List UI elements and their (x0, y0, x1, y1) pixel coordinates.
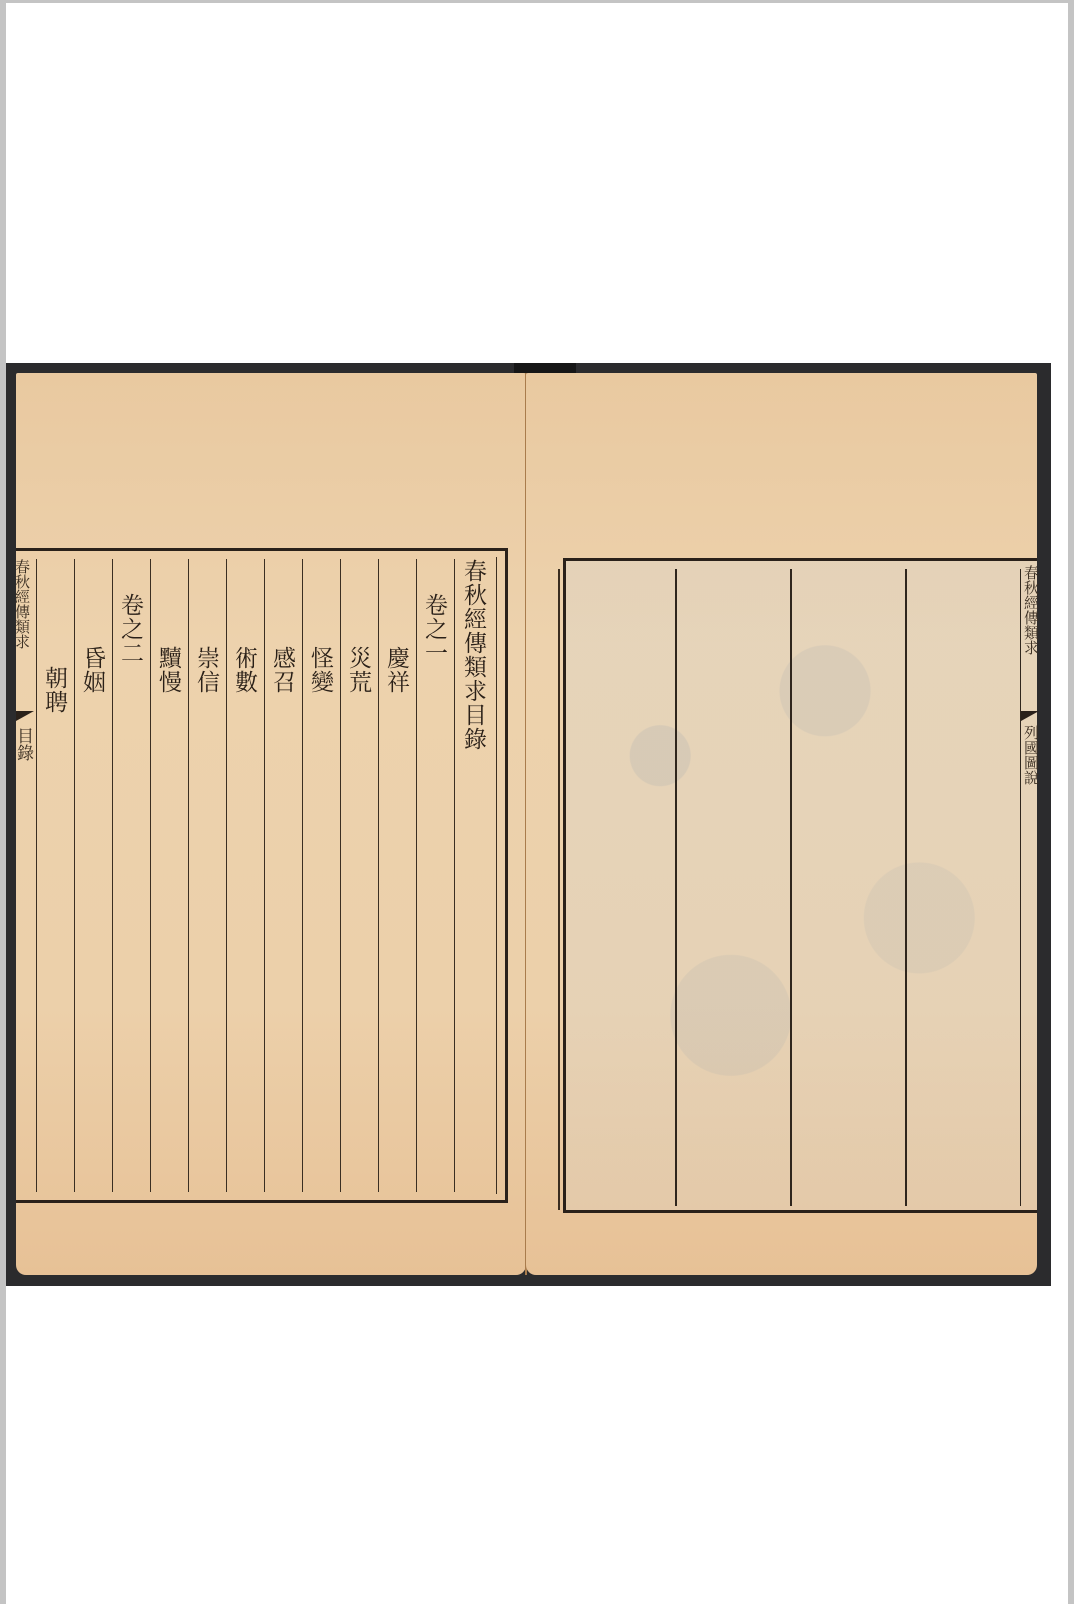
toc-item: 怪變 (308, 646, 331, 694)
right-printed-block: 春秋經傳類求 列國圖說 (563, 558, 1037, 1213)
column-rule (150, 559, 151, 1192)
column-rule (416, 559, 417, 1192)
toc-item: 朝聘 (42, 666, 65, 714)
edge-label: 目錄 (14, 727, 31, 761)
volume-heading: 卷之一 (422, 593, 445, 665)
volume-heading: 卷之二 (118, 593, 141, 665)
column-rule (1020, 569, 1021, 1206)
book-scan: 春秋經傳類求目錄 卷之一 慶祥 災荒 怪變 感召 術數 崇信 黷慢 卷之二 昏姻… (6, 363, 1051, 1286)
column-rule (302, 559, 303, 1192)
column-rule (378, 559, 379, 1192)
toc-item: 昏姻 (80, 646, 103, 694)
edge-title: 春秋經傳類求 (14, 559, 29, 649)
column-rule (905, 569, 907, 1206)
column-rule (74, 559, 75, 1192)
left-printed-block: 春秋經傳類求目錄 卷之一 慶祥 災荒 怪變 感召 術數 崇信 黷慢 卷之二 昏姻… (16, 548, 508, 1203)
column-rule (226, 559, 227, 1192)
outer-border (558, 569, 560, 1210)
toc-item: 術數 (232, 646, 255, 694)
bleed-through-map (566, 561, 1037, 1210)
edge-title: 春秋經傳類求 (1023, 565, 1038, 655)
toc-item: 黷慢 (156, 646, 179, 694)
column-rule (454, 559, 455, 1192)
column-rule (790, 569, 792, 1206)
right-page: 春秋經傳類求 列國圖說 (526, 373, 1037, 1275)
left-page: 春秋經傳類求目錄 卷之一 慶祥 災荒 怪變 感召 術數 崇信 黷慢 卷之二 昏姻… (16, 373, 526, 1275)
toc-item: 崇信 (194, 646, 217, 694)
spine-top (514, 363, 576, 373)
column-rule (112, 559, 113, 1192)
column-rule (264, 559, 265, 1192)
toc-title: 春秋經傳類求目錄 (461, 559, 484, 751)
edge-label: 列國圖說 (1023, 725, 1038, 785)
toc-item: 災荒 (346, 646, 369, 694)
column-rule (340, 559, 341, 1192)
fishtail-mark (1021, 711, 1039, 721)
toc-item: 感召 (270, 646, 293, 694)
toc-item: 慶祥 (384, 646, 407, 694)
inner-border (496, 557, 497, 1194)
column-rule (188, 559, 189, 1192)
fishtail-mark (16, 711, 34, 721)
column-rule (675, 569, 677, 1206)
column-rule (36, 559, 37, 1192)
